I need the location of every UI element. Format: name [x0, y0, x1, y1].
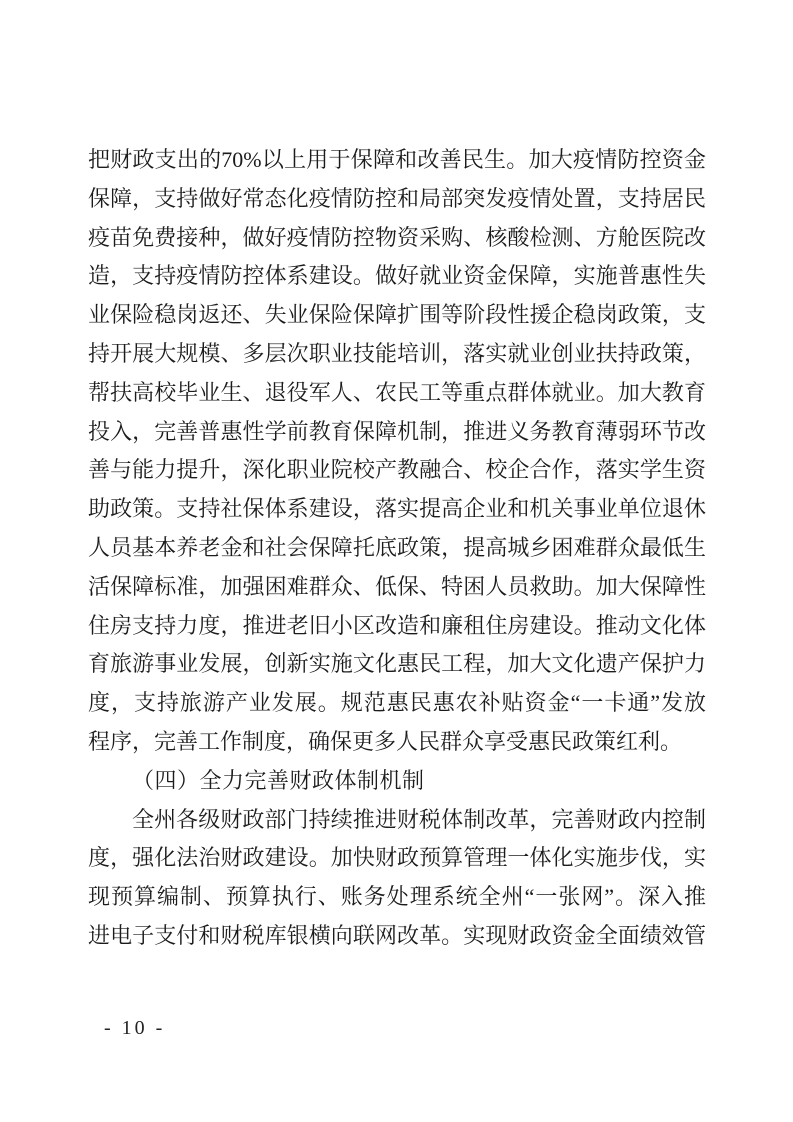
body-line: 度，强化法治财政建设。加快财政预算管理一体化实施步伐，实	[88, 839, 706, 878]
body-line: 造，支持疫情防控体系建设。做好就业资金保障，实施普惠性失	[88, 257, 706, 296]
body-line: 育旅游事业发展，创新实施文化惠民工程，加大文化遗产保护力	[88, 645, 706, 684]
section-heading: （四）全力完善财政体制机制	[88, 762, 706, 801]
body-line: 疫苗免费接种，做好疫情防控物资采购、核酸检测、方舱医院改	[88, 219, 706, 258]
body-line: 帮扶高校毕业生、退役军人、农民工等重点群体就业。加大教育	[88, 374, 706, 413]
body-line: 保障，支持做好常态化疫情防控和局部突发疫情处置，支持居民	[88, 180, 706, 219]
document-page: 把财政支出的70%以上用于保障和改善民生。加大疫情防控资金 保障，支持做好常态化…	[0, 0, 793, 1122]
body-line: 助政策。支持社保体系建设，落实提高企业和机关事业单位退休	[88, 490, 706, 529]
body-line: 持开展大规模、多层次职业技能培训，落实就业创业扶持政策，	[88, 335, 706, 374]
body-line: 善与能力提升，深化职业院校产教融合、校企合作，落实学生资	[88, 451, 706, 490]
body-line: 住房支持力度，推进老旧小区改造和廉租住房建设。推动文化体	[88, 607, 706, 646]
body-line: 进电子支付和财税库银横向联网改革。实现财政资金全面绩效管	[88, 917, 706, 956]
body-line-paragraph-start: 全州各级财政部门持续推进财税体制改革，完善财政内控制	[88, 801, 706, 840]
body-line: 投入，完善普惠性学前教育保障机制，推进义务教育薄弱环节改	[88, 413, 706, 452]
body-line: 现预算编制、预算执行、账务处理系统全州“一张网”。深入推	[88, 878, 706, 917]
body-line: 度，支持旅游产业发展。规范惠民惠农补贴资金“一卡通”发放	[88, 684, 706, 723]
body-line: 活保障标准，加强困难群众、低保、特困人员救助。加大保障性	[88, 568, 706, 607]
body-line: 业保险稳岗返还、失业保险保障扩围等阶段性援企稳岗政策，支	[88, 296, 706, 335]
body-line: 人员基本养老金和社会保障托底政策，提高城乡困难群众最低生	[88, 529, 706, 568]
body-line-paragraph-end: 程序，完善工作制度，确保更多人民群众享受惠民政策红利。	[88, 723, 706, 762]
document-body: 把财政支出的70%以上用于保障和改善民生。加大疫情防控资金 保障，支持做好常态化…	[88, 141, 706, 956]
page-number: - 10 -	[104, 1014, 165, 1042]
body-line: 把财政支出的70%以上用于保障和改善民生。加大疫情防控资金	[88, 141, 706, 180]
